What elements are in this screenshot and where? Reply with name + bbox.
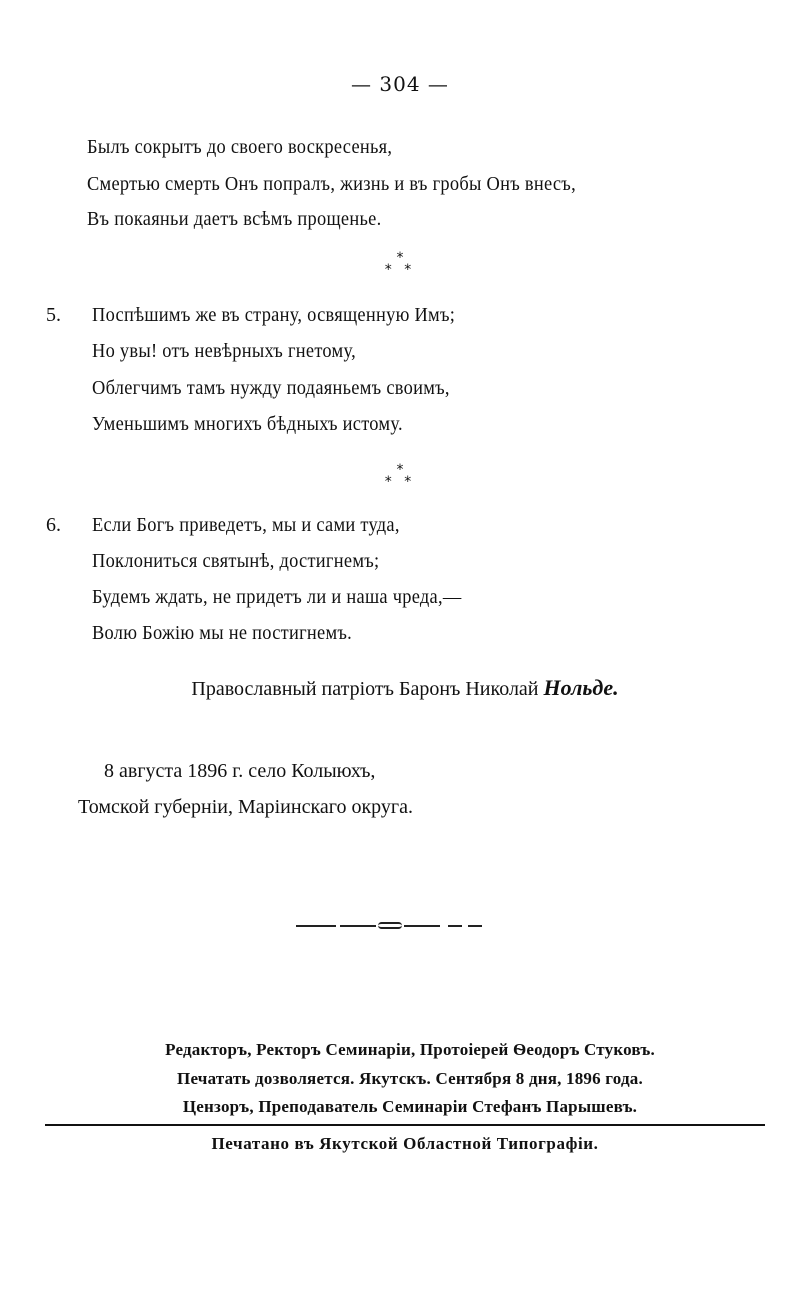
verse-line: Но увы! отъ невѣрныхъ гнетому,	[92, 340, 356, 363]
verse-line: Смертью смерть Онъ попралъ, жизнь и въ г…	[87, 173, 576, 196]
printer-line: Печатано въ Якутской Областной Типографі…	[0, 1134, 800, 1154]
verse-line: Волю Божію мы не постигнемъ.	[92, 622, 352, 645]
region-line: Томской губерніи, Маріинскаго округа.	[78, 796, 413, 819]
verse-line: Облегчимъ тамъ нужду подаяньемъ своимъ,	[92, 377, 450, 400]
verse-line: Если Богъ приведетъ, мы и сами туда,	[92, 514, 400, 537]
asterism-separator: * * *	[0, 252, 800, 276]
date-place-line: 8 августа 1896 г. село Колыюхъ,	[104, 760, 375, 783]
asterism-separator: * * *	[0, 464, 800, 488]
verse-line: Будемъ ждать, не придетъ ли и наша чреда…	[92, 586, 462, 609]
horizontal-rule	[45, 1124, 765, 1126]
censor-line: Цензоръ, Преподаватель Семинаріи Стефанъ…	[0, 1097, 800, 1117]
verse-line: Поклониться святынѣ, достигнемъ;	[92, 550, 379, 573]
censorship-permission-line: Печатать дозволяется. Якутскъ. Сентября …	[0, 1069, 800, 1089]
stanza-number: 6.	[46, 514, 61, 537]
author-signature: Православный патріотъ Баронъ Николай Нол…	[0, 675, 800, 701]
verse-line: Былъ сокрытъ до своего воскресенья,	[87, 136, 392, 159]
signature-prefix: Православный патріотъ Баронъ Николай	[191, 678, 543, 700]
ornamental-divider	[296, 922, 486, 930]
asterism-bottom: * *	[0, 264, 800, 276]
editor-line: Редакторъ, Ректоръ Семинаріи, Протоіерей…	[0, 1040, 800, 1060]
signature-surname: Нольде.	[544, 675, 619, 700]
stanza-number: 5.	[46, 304, 61, 327]
verse-line: Уменьшимъ многихъ бѣдныхъ истому.	[92, 413, 403, 436]
verse-line: Въ покаяньи даетъ всѣмъ прощенье.	[87, 208, 381, 231]
asterism-bottom: * *	[0, 476, 800, 488]
page-number: — 304 —	[0, 72, 800, 96]
verse-line: Поспѣшимъ же въ страну, освященную Имъ;	[92, 304, 455, 327]
